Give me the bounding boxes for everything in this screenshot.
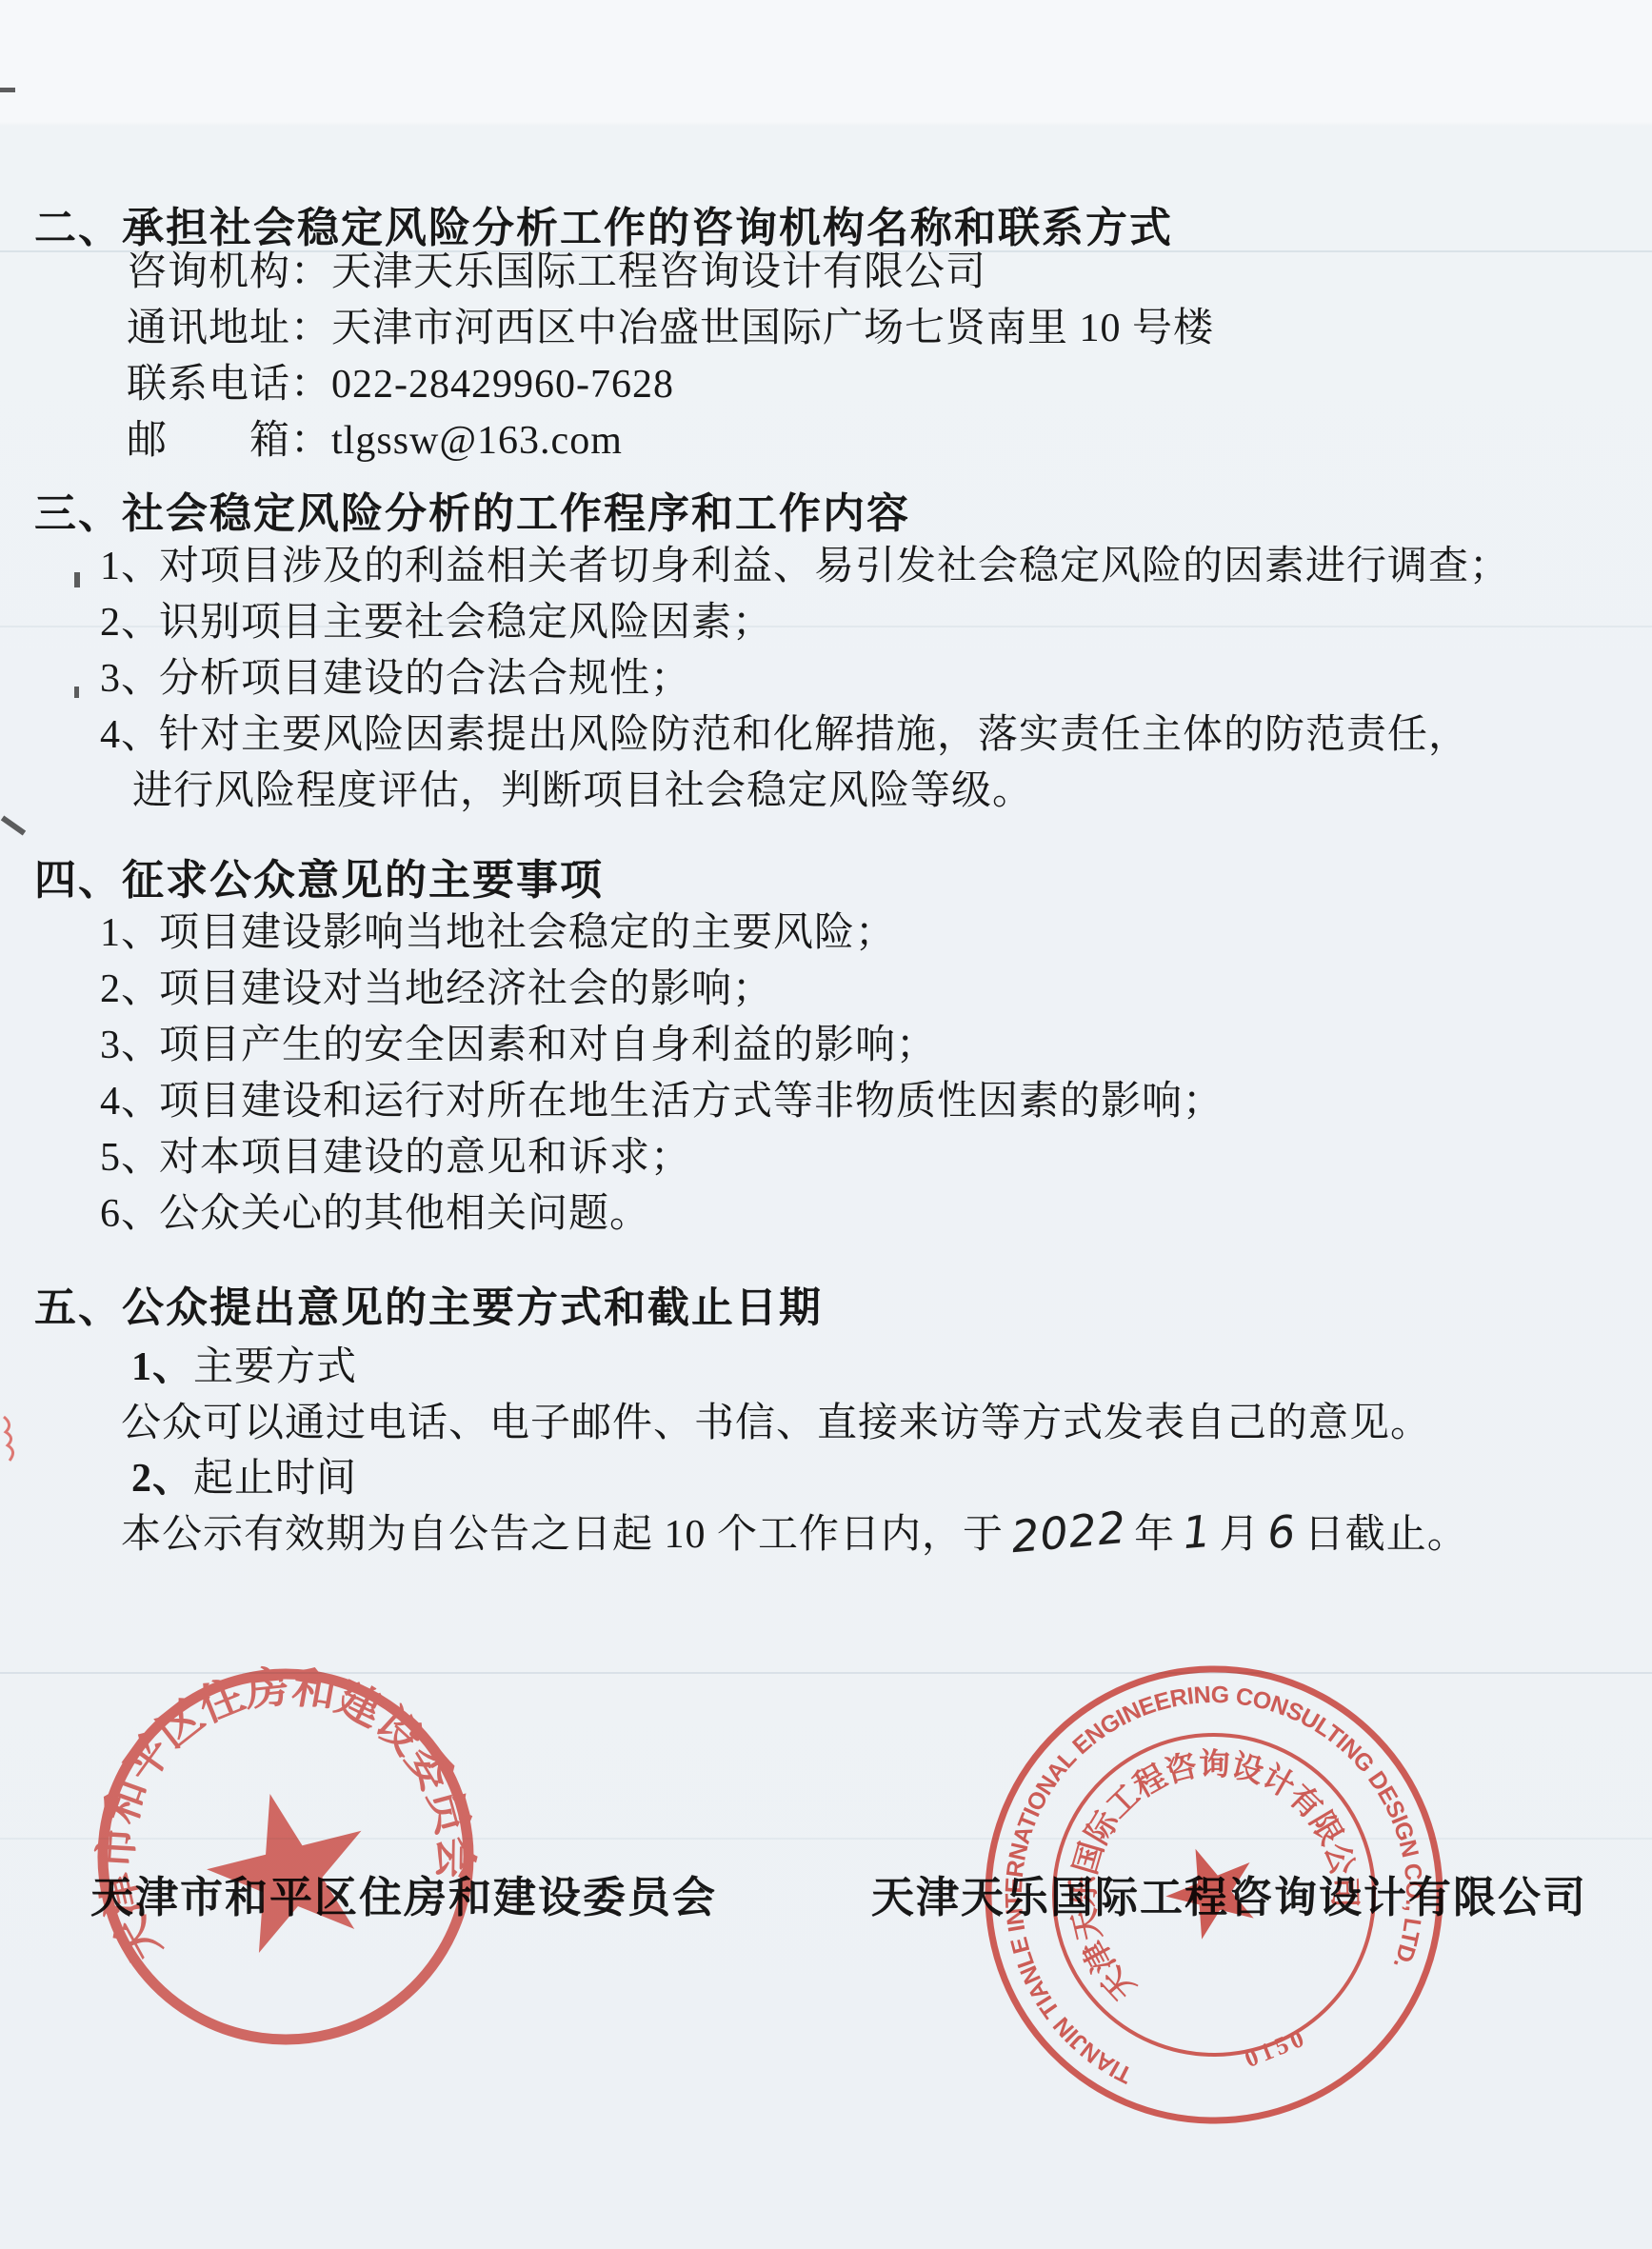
item-text: 公众关心的其他相关问题。 <box>159 1192 650 1236</box>
list-item: 6、公众关心的其他相关问题。 <box>100 1186 1224 1243</box>
item-text: 对项目涉及的利益相关者切身利益、易引发社会稳定风险的因素进行调查； <box>159 545 1510 588</box>
official-seal-right: TIANJIN TIANLE INTERNATIONAL ENGINEERING… <box>976 1657 1452 2133</box>
scan-artifact-mark <box>74 687 79 698</box>
item-number: 2、 <box>131 1457 193 1501</box>
item-text: 分析项目建设的合法合规性； <box>159 657 691 701</box>
scan-artifact-mark <box>0 88 15 92</box>
list-item: 2、项目建设对当地经济社会的影响； <box>100 962 1224 1018</box>
svg-text:天津市和平区住房和建设委员会: 天津市和平区住房和建设委员会 <box>81 1652 490 1973</box>
star-icon <box>192 1775 384 1960</box>
scan-artifact-mark <box>1 816 26 836</box>
sub-item-period: 2、起止时间 <box>131 1446 357 1503</box>
section-3-heading: 三、社会稳定风险分析的工作程序和工作内容 <box>34 479 910 540</box>
scan-artifact-mark <box>74 572 80 587</box>
item-text: 识别项目主要社会稳定风险因素； <box>159 601 773 645</box>
seal-code: 0150 <box>1241 2023 1311 2073</box>
seal-ring-text: 天津市和平区住房和建设委员会 <box>81 1652 490 1973</box>
section-4-heading: 四、征求公众意见的主要事项 <box>34 846 604 906</box>
sub-item-title: 起止时间 <box>193 1457 357 1501</box>
sub-item-title: 主要方式 <box>193 1345 357 1389</box>
contact-value: 022-28429960-7628 <box>331 363 674 407</box>
item-text: 项目建设对当地经济社会的影响； <box>159 967 773 1011</box>
handwritten-day: 6 <box>1265 1505 1299 1559</box>
section-3-items: 1、对项目涉及的利益相关者切身利益、易引发社会稳定风险的因素进行调查； 2、识别… <box>100 539 1510 820</box>
list-item: 2、识别项目主要社会稳定风险因素； <box>100 595 1510 651</box>
section-4-items: 1、项目建设影响当地社会稳定的主要风险； 2、项目建设对当地经济社会的影响； 3… <box>100 906 1224 1243</box>
list-item: 1、对项目涉及的利益相关者切身利益、易引发社会稳定风险的因素进行调查； <box>100 539 1510 595</box>
official-seal-left: 天津市和平区住房和建设委员会 <box>81 1652 490 2061</box>
contact-value: tlgssw@163.com <box>331 419 623 463</box>
deadline-paragraph: 本公示有效期为自公告之日起 10 个工作日内，于2022年1月6日截止。 <box>121 1503 1468 1560</box>
red-ink-smudge <box>0 1413 32 1466</box>
contact-label: 通讯地址： <box>127 307 331 350</box>
item-number: 2、 <box>100 962 159 1018</box>
handwritten-year: 2022 <box>1009 1502 1128 1562</box>
contact-row-agency: 咨询机构：天津天乐国际工程咨询设计有限公司 <box>127 240 986 297</box>
contact-value: 天津市河西区中冶盛世国际广场七贤南里 10 号楼 <box>331 307 1214 350</box>
contact-row-email: 邮 箱：tlgssw@163.com <box>127 408 623 466</box>
deadline-prefix: 本公示有效期为自公告之日起 10 个工作日内，于 <box>121 1513 1004 1557</box>
item-number: 1、 <box>100 539 159 595</box>
contact-label: 咨询机构： <box>127 250 331 294</box>
item-text: 项目建设影响当地社会稳定的主要风险； <box>159 911 896 955</box>
item-number: 3、 <box>100 1018 159 1074</box>
list-item: 3、分析项目建设的合法合规性； <box>100 651 1510 707</box>
list-item: 4、项目建设和运行对所在地生活方式等非物质性因素的影响； <box>100 1074 1224 1130</box>
item-number: 1、 <box>131 1345 193 1389</box>
item-number: 2、 <box>100 595 159 651</box>
item-number: 4、 <box>100 707 159 764</box>
contact-row-phone: 联系电话：022-28429960-7628 <box>127 352 674 409</box>
sub-item-method: 1、主要方式 <box>131 1335 357 1392</box>
scanned-document-page: 二、承担社会稳定风险分析工作的咨询机构名称和联系方式 咨询机构：天津天乐国际工程… <box>0 0 1652 2249</box>
item-text: 对本项目建设的意见和诉求； <box>159 1136 691 1180</box>
item-number: 3、 <box>100 651 159 707</box>
contact-value: 天津天乐国际工程咨询设计有限公司 <box>331 250 986 294</box>
list-item: 4、针对主要风险因素提出风险防范和化解措施，落实责任主体的防范责任， <box>100 707 1510 764</box>
list-item: 1、项目建设影响当地社会稳定的主要风险； <box>100 906 1224 962</box>
list-item-continuation: 进行风险程度评估，判断项目社会稳定风险等级。 <box>100 764 1510 820</box>
item-text: 项目建设和运行对所在地生活方式等非物质性因素的影响； <box>159 1080 1224 1124</box>
deadline-suffix: 日截止。 <box>1304 1513 1468 1557</box>
item-number: 5、 <box>100 1130 159 1186</box>
contact-label: 联系电话： <box>127 363 331 407</box>
contact-label: 邮 箱： <box>127 419 331 463</box>
item-number: 1、 <box>100 906 159 962</box>
item-text: 进行风险程度评估，判断项目社会稳定风险等级。 <box>132 769 1033 813</box>
year-unit: 年 <box>1134 1513 1175 1557</box>
star-icon <box>1153 1832 1269 1946</box>
list-item: 5、对本项目建设的意见和诉求； <box>100 1130 1224 1186</box>
contact-row-address: 通讯地址：天津市河西区中冶盛世国际广场七贤南里 10 号楼 <box>127 296 1214 353</box>
item-number: 4、 <box>100 1074 159 1130</box>
handwritten-month: 1 <box>1181 1505 1214 1559</box>
item-number: 6、 <box>100 1186 159 1243</box>
method-paragraph: 公众可以通过电话、电子邮件、书信、直接来访等方式发表自己的意见。 <box>121 1391 1431 1448</box>
item-text: 针对主要风险因素提出风险防范和化解措施，落实责任主体的防范责任， <box>159 713 1469 757</box>
list-item: 3、项目产生的安全因素和对自身利益的影响； <box>100 1018 1224 1074</box>
month-unit: 月 <box>1219 1513 1260 1557</box>
item-text: 项目产生的安全因素和对自身利益的影响； <box>159 1024 937 1067</box>
section-5-heading: 五、公众提出意见的主要方式和截止日期 <box>34 1273 823 1334</box>
